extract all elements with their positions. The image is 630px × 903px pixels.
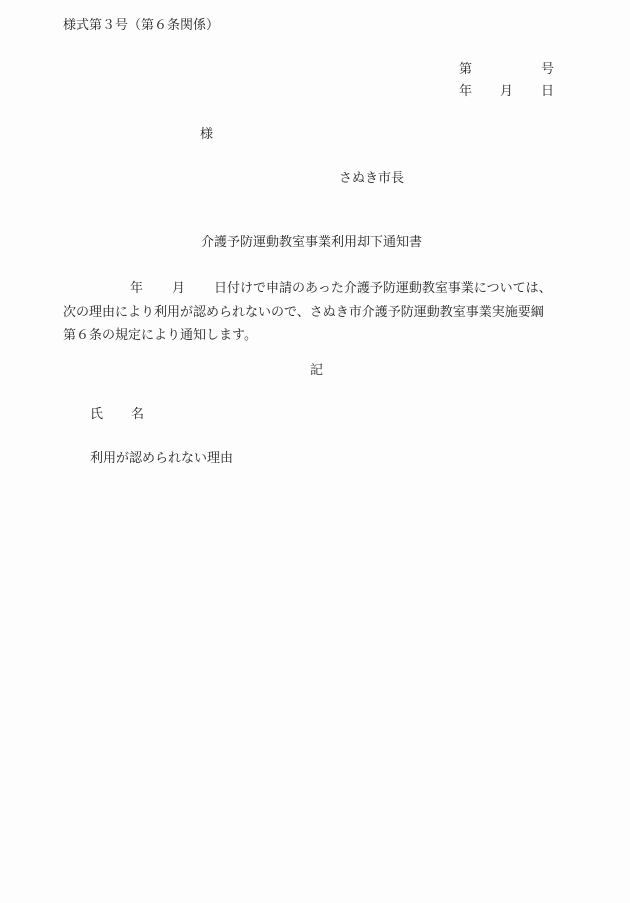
doc-number-suffix: 号 — [541, 63, 554, 76]
issue-date: 年 月 日 — [459, 85, 554, 98]
document-number: 第 号 — [459, 63, 554, 76]
sender: さぬき市長 — [339, 172, 404, 185]
body-text: 年月日付けで申請のあった介護予防運動教室事業については、 次の理由により利用が認… — [63, 277, 573, 348]
date-month: 月 — [500, 85, 513, 98]
doc-number-prefix: 第 — [459, 63, 472, 76]
form-number: 様式第３号（第６条関係） — [63, 19, 219, 32]
name-char-2: 名 — [131, 408, 144, 421]
document-title: 介護予防運動教室事業利用却下通知書 — [201, 236, 422, 249]
ki-heading: 記 — [310, 364, 323, 377]
name-char-1: 氏 — [90, 408, 103, 421]
addressee: 様 — [200, 128, 213, 141]
body-line-1-text: 日付けで申請のあった介護予防運動教室事業については、 — [214, 281, 552, 296]
name-field-label: 氏 名 — [90, 408, 144, 421]
body-month: 月 — [172, 281, 185, 296]
body-line-3: 第６条の規定により通知します。 — [63, 324, 573, 348]
date-day: 日 — [541, 85, 554, 98]
reason-field-label: 利用が認められない理由 — [90, 452, 233, 465]
body-line-2: 次の理由により利用が認められないので、さぬき市介護予防運動教室事業実施要綱 — [63, 301, 573, 325]
date-year: 年 — [459, 85, 472, 98]
body-line-1: 年月日付けで申請のあった介護予防運動教室事業については、 — [63, 277, 573, 301]
body-year: 年 — [130, 281, 143, 296]
